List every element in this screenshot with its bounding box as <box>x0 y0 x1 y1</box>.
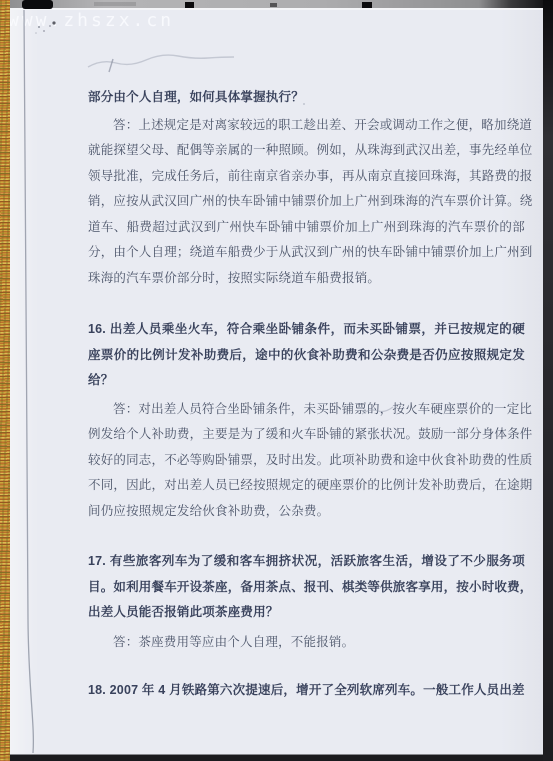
document-page: www.zhszx.cn 部分由个人自理，如何具体掌握执行？ 答：上述规定是对离… <box>10 8 543 756</box>
text-line: 分，由个人自理；绕道车船费少于从武汉到广州的快车卧铺中铺票价加上广州到 <box>88 240 525 266</box>
scan-smudge <box>94 2 136 6</box>
edge-mark <box>185 2 194 8</box>
text-line: 不同，因此，对出差人员已经按照规定的硬座票价的比例计发补助费后，在途期 <box>88 473 525 499</box>
text-line: 答：对出差人员符合坐卧铺条件，未买卧铺票的，按火车硬座票价的一定比 <box>88 397 525 423</box>
text-line: 较好的同志，不必等购卧铺票，及时出发。此项补助费和途中伙食补助费的性质 <box>88 448 525 474</box>
text-line: 间仍应按照规定发给伙食补助费，公杂费。 <box>88 499 525 525</box>
text-line: 18. 2007 年 4 月铁路第六次提速后，增开了全列软席列车。一般工作人员出… <box>88 678 525 704</box>
text-line: 目。如利用餐车开设茶座，备用茶点、报刊、棋类等供旅客享用，按小时收费， <box>88 575 525 601</box>
edge-mark <box>270 3 277 7</box>
question-16: 16. 出差人员乘坐火车，符合乘坐卧铺条件，而未买卧铺票，并已按规定的硬 座票价… <box>88 317 525 394</box>
scanner-bottom-edge <box>10 754 553 761</box>
text-line: 答：茶座费用等应由个人自理，不能报销。 <box>88 630 525 656</box>
text-line: 答：上述规定是对离家较远的职工趁出差、开会或调动工作之便，略加绕道 <box>88 113 525 139</box>
book-binding-strip <box>0 0 10 761</box>
text-line: 17. 有些旅客列车为了缓和客车拥挤状况，活跃旅客生活，增设了不少服务项 <box>88 549 525 575</box>
text-line: 出差人员能否报销此项茶座费用？ <box>88 600 525 626</box>
question-18: 18. 2007 年 4 月铁路第六次提速后，增开了全列软席列车。一般工作人员出… <box>88 678 525 704</box>
scanner-right-edge <box>543 0 553 761</box>
answer-16: 答：对出差人员符合坐卧铺条件，未买卧铺票的，按火车硬座票价的一定比 例发给个人补… <box>88 397 525 525</box>
question-17: 17. 有些旅客列车为了缓和客车拥挤状况，活跃旅客生活，增设了不少服务项 目。如… <box>88 549 525 626</box>
text-line: 16. 出差人员乘坐火车，符合乘坐卧铺条件，而未买卧铺票，并已按规定的硬 <box>88 317 525 343</box>
edge-mark <box>362 2 372 8</box>
text-line: 珠海的汽车票价部分时，按照实际绕道车船费报销。 <box>88 266 525 292</box>
text-line: 领导批准，完成任务后，前往南京省亲办事，再从南京直接回珠海，其路费的报 <box>88 164 525 190</box>
text-line: 例发给个人补助费，主要是为了缓和火车卧铺的紧张状况。鼓励一部分身体条件 <box>88 422 525 448</box>
text-line: 道车、船费超过武汉到广州快车卧铺中铺票价加上广州到珠海的汽车票价的部 <box>88 215 525 241</box>
text-line: 部分由个人自理，如何具体掌握执行？ <box>88 85 525 111</box>
question-15-continuation: 部分由个人自理，如何具体掌握执行？ <box>88 85 525 111</box>
text-line: 座票价的比例计发补助费后，途中的伙食补助费和公杂费是否仍应按照规定发 <box>88 343 525 369</box>
text-line: 就能探望父母、配偶等亲属的一种照顾。例如，从珠海到武汉出差，事先经单位 <box>88 138 525 164</box>
text-line: 销，应按从武汉回广州的快车卧铺中铺票价加上广州到珠海的汽车票价计算。绕 <box>88 189 525 215</box>
scanner-top-edge <box>8 0 543 10</box>
binder-clip-shadow <box>22 0 53 9</box>
answer-17: 答：茶座费用等应由个人自理，不能报销。 <box>88 630 525 656</box>
document-text: 部分由个人自理，如何具体掌握执行？ 答：上述规定是对离家较远的职工趁出差、开会或… <box>88 85 525 704</box>
scanned-page: www.zhszx.cn 部分由个人自理，如何具体掌握执行？ 答：上述规定是对离… <box>0 0 553 761</box>
answer-15: 答：上述规定是对离家较远的职工趁出差、开会或调动工作之便，略加绕道 就能探望父母… <box>88 113 525 292</box>
text-line: 给？ <box>88 368 525 394</box>
watermark: www.zhszx.cn <box>8 10 174 31</box>
